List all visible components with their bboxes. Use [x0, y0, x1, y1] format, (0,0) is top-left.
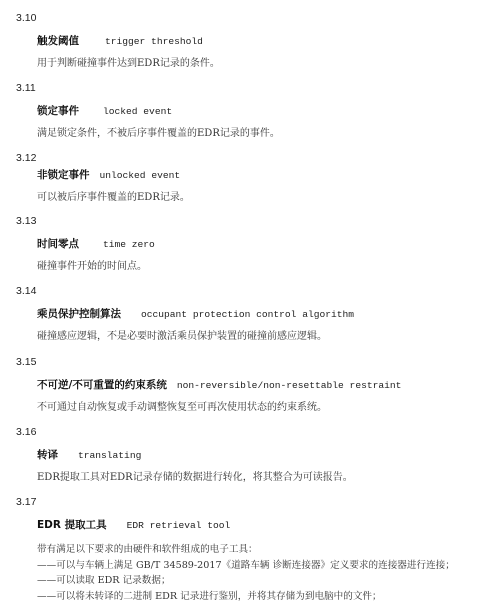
term: 乘员保护控制算法occupant protection control algo…: [37, 307, 354, 322]
term: 触发阈值trigger threshold: [37, 34, 203, 49]
term-english: trigger threshold: [105, 36, 203, 47]
term-english: occupant protection control algorithm: [141, 309, 354, 320]
term-english: non-reversible/non-resettable restraint: [177, 380, 402, 391]
clause-number: 3.11: [16, 81, 36, 95]
definition: 碰撞事件开始的时间点。: [37, 260, 147, 274]
term-english: translating: [78, 450, 141, 461]
definition: 碰撞感应逻辑，不是必要时激活乘员保护装置的碰撞前感应逻辑。: [37, 330, 327, 344]
term: EDR 提取工具EDR retrieval tool: [37, 518, 230, 533]
term-english: unlocked event: [100, 170, 181, 181]
clause-number: 3.13: [16, 214, 36, 228]
definition: 用于判断碰撞事件达到EDR记录的条件。: [37, 57, 220, 71]
clause-number: 3.10: [16, 11, 36, 25]
term-chinese: EDR 提取工具: [37, 519, 107, 531]
definition-line: ——可以与车辆上满足 GB/T 34589-2017《道路车辆 诊断连接器》定义…: [37, 558, 455, 574]
term-chinese: 乘员保护控制算法: [37, 308, 121, 320]
definition-line: 带有满足以下要求的由硬件和软件组成的电子工具：: [37, 542, 455, 558]
definition-line: ——可以读取 EDR 记录数据；: [37, 573, 455, 589]
term-chinese: 非锁定事件: [37, 169, 90, 181]
clause-number: 3.14: [16, 284, 36, 298]
definition: EDR提取工具对EDR记录存储的数据进行转化，将其整合为可读报告。: [37, 471, 353, 485]
term-english: locked event: [103, 106, 172, 117]
term-chinese: 触发阈值: [37, 35, 79, 47]
definition: 可以被后序事件覆盖的EDR记录。: [37, 191, 190, 205]
clause-number: 3.17: [16, 495, 36, 509]
term-english: time zero: [103, 239, 155, 250]
definition: 满足锁定条件，不被后序事件覆盖的EDR记录的事件。: [37, 127, 280, 141]
term: 不可逆/不可重置的约束系统non-reversible/non-resettab…: [37, 378, 401, 393]
definition-list: 带有满足以下要求的由硬件和软件组成的电子工具： ——可以与车辆上满足 GB/T …: [37, 542, 455, 602]
term: 转译translating: [37, 448, 141, 463]
clause-number: 3.12: [16, 151, 36, 165]
clause-number: 3.16: [16, 425, 36, 439]
term: 非锁定事件unlocked event: [37, 168, 180, 183]
term-chinese: 时间零点: [37, 238, 79, 250]
term-chinese: 不可逆/不可重置的约束系统: [37, 379, 167, 391]
term-english: EDR retrieval tool: [127, 520, 231, 531]
definition: 不可通过自动恢复或手动调整恢复至可再次使用状态的约束系统。: [37, 401, 327, 415]
term: 时间零点time zero: [37, 237, 155, 252]
term-chinese: 转译: [37, 449, 58, 461]
term-chinese: 锁定事件: [37, 105, 79, 117]
clause-number: 3.15: [16, 355, 36, 369]
term: 锁定事件locked event: [37, 104, 172, 119]
document-page: 3.10 触发阈值trigger threshold 用于判断碰撞事件达到EDR…: [0, 0, 478, 602]
definition-line: ——可以将未转译的二进制 EDR 记录进行鉴别，并将其存储为到电脑中的文件；: [37, 589, 455, 602]
